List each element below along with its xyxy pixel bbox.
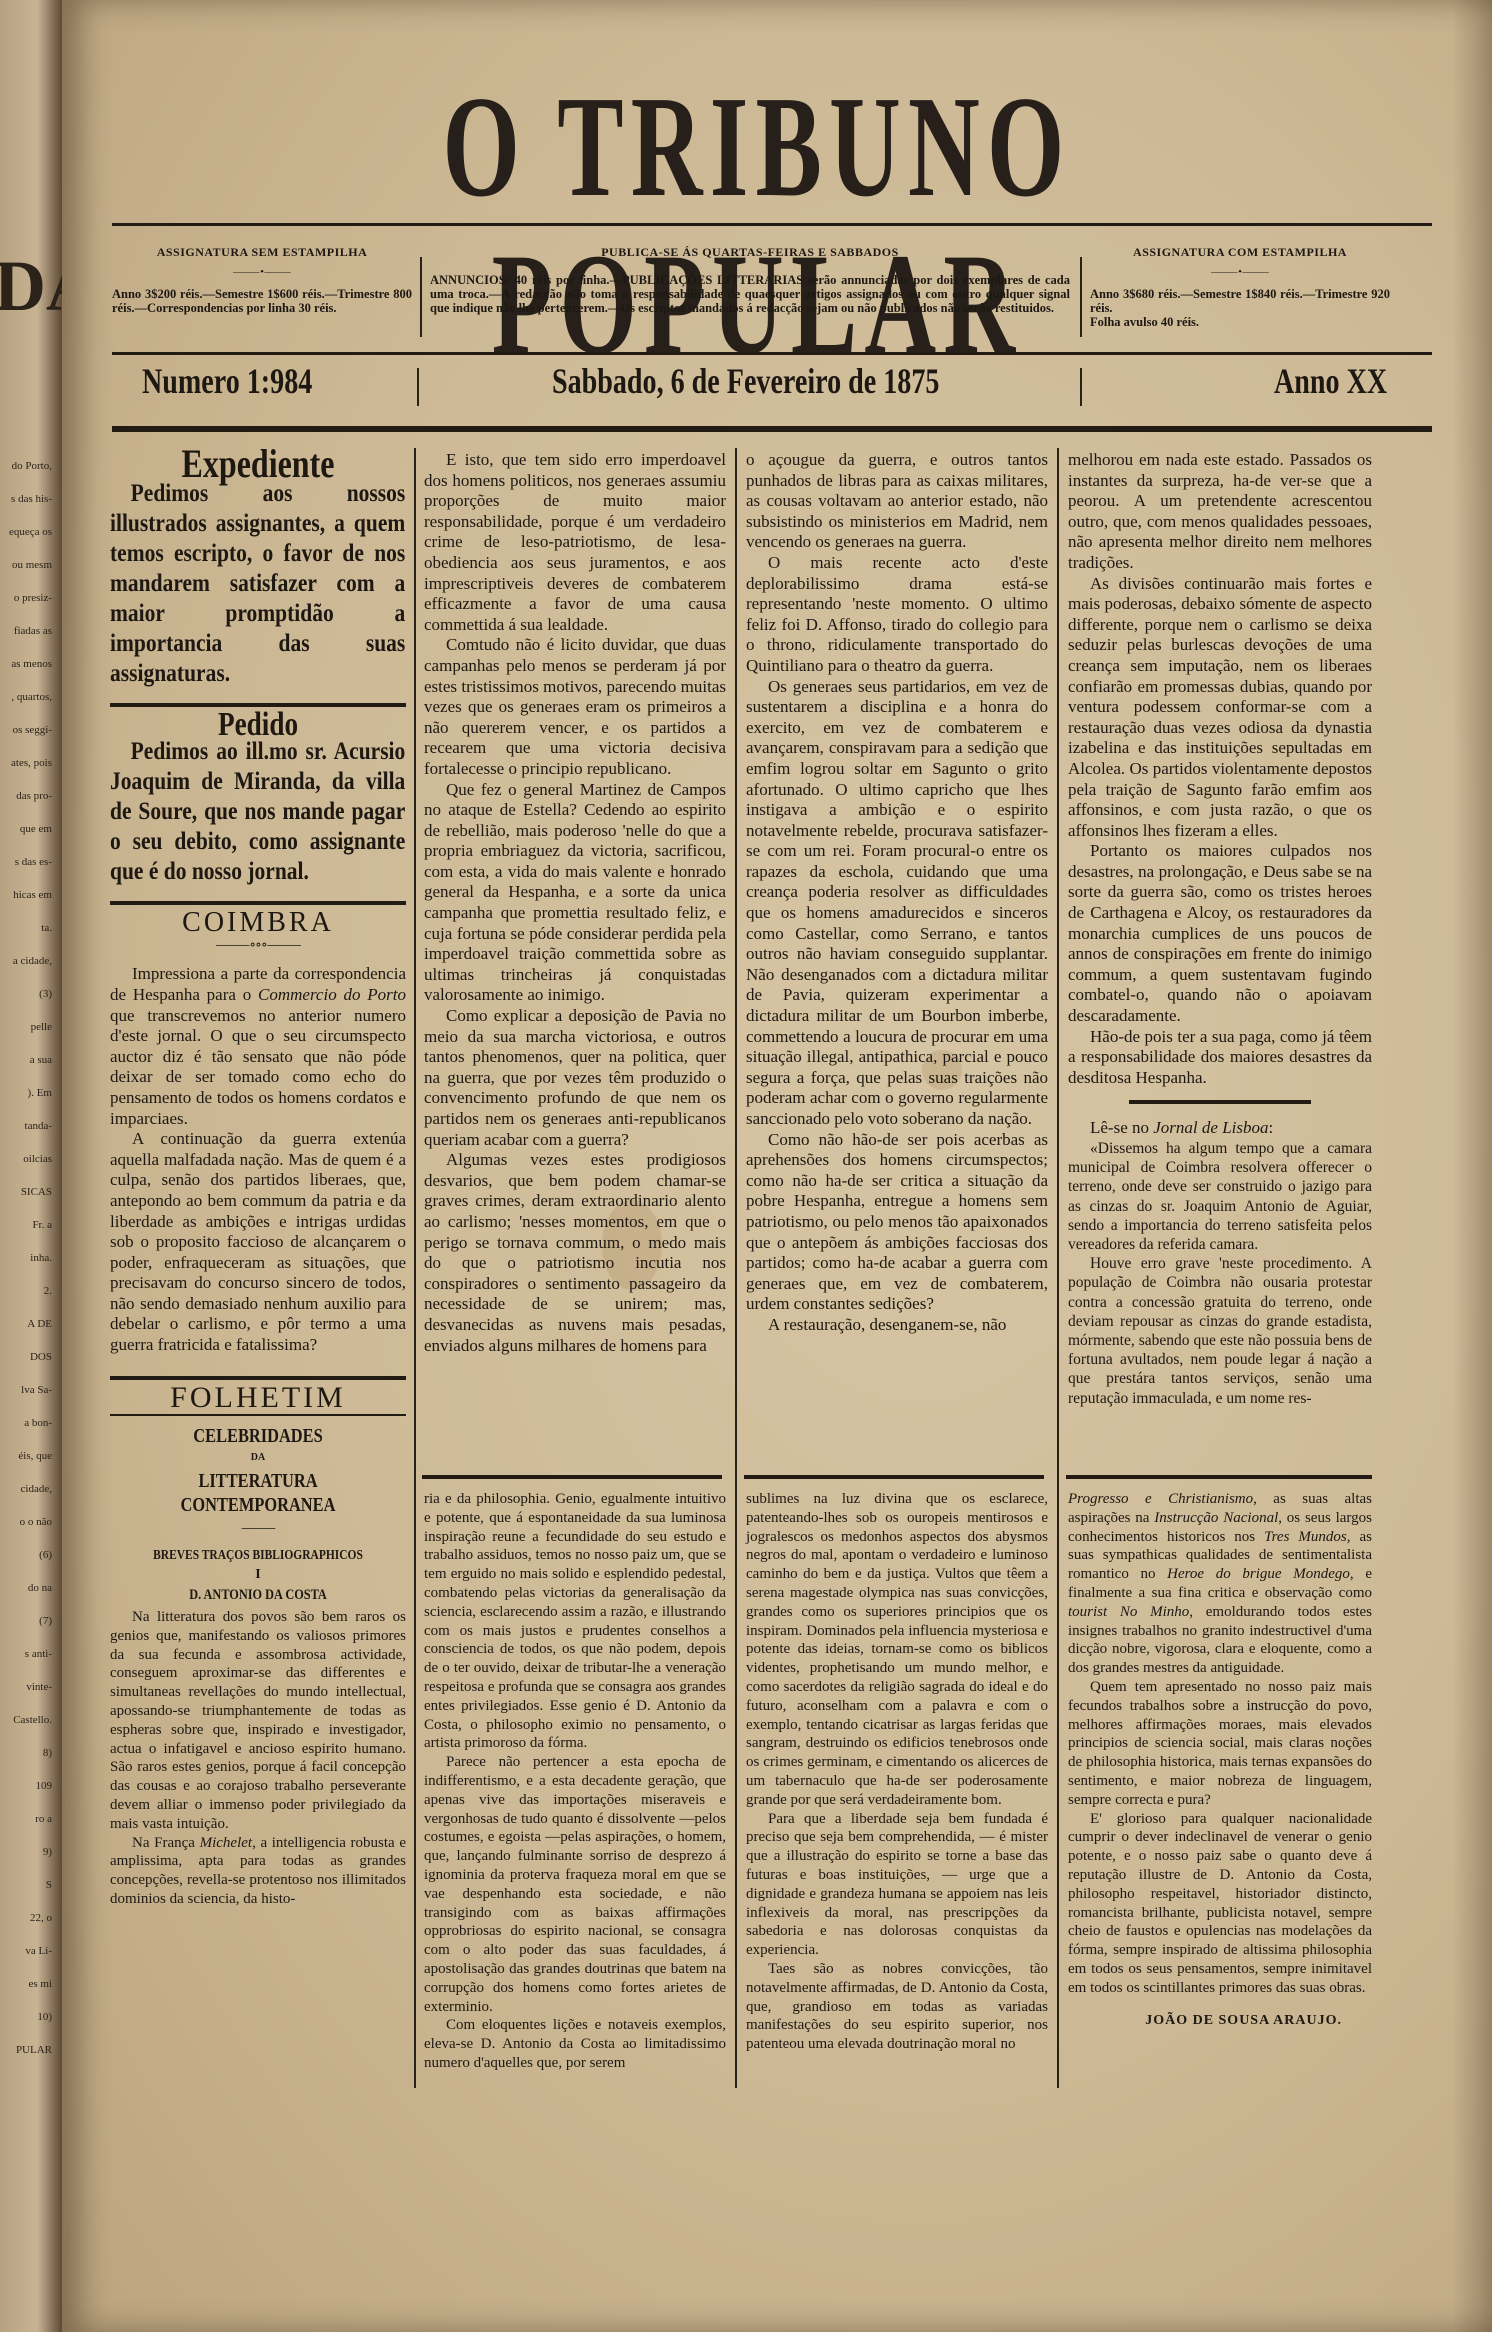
folhetim-rule (422, 1475, 722, 1479)
jornal-de-lisboa-intro: Lê-se no Jornal de Lisboa: (1068, 1118, 1372, 1139)
column-2-paragraph: Como explicar a deposição de Pavia no me… (424, 1006, 726, 1150)
previous-page-fragment: inha. (30, 1252, 52, 1264)
publication-days-heading: PUBLICA-SE ÁS QUARTAS-FEIRAS E SABBADOS (430, 245, 1070, 259)
column-2-folhetim-text: ria e da philosophia. Genio, egualmente … (424, 1490, 726, 2073)
folhetim-part-number: I (110, 1565, 406, 1586)
previous-page-fragment: ates, pois (11, 757, 52, 769)
folhetim-title-celebridades: CELEBRIDADES (137, 1424, 380, 1448)
column-3-paragraph: o açougue da guerra, e outros tantos pun… (746, 450, 1048, 553)
dateline-top-rule (112, 352, 1432, 355)
previous-page-fragment: a bon- (24, 1417, 52, 1429)
author-signature: JOÃO DE SOUSA ARAUJO. (1068, 2012, 1372, 2031)
column-4-paragraph: Hão-de pois ter a sua paga, como já têem… (1068, 1027, 1372, 1089)
pedido-heading: Pedido (140, 715, 377, 736)
previous-page-edge: DA do Porto,s das his-equeça osou mesmo … (0, 0, 62, 2332)
previous-page-fragment: os seggi- (13, 724, 52, 736)
expediente-notice: Pedimos aos nossos illustrados assignant… (110, 479, 405, 689)
newspaper-page: O TRIBUNO POPULAR ASSIGNATURA SEM ESTAMP… (62, 0, 1492, 2332)
dateline: Numero 1:984 Sabbado, 6 de Fevereiro de … (112, 360, 1432, 410)
previous-page-fragment: (6) (39, 1549, 52, 1561)
previous-page-fragment: ). Em (28, 1087, 52, 1099)
previous-page-fragment: s das es- (15, 856, 52, 868)
previous-page-fragment: PULAR (16, 2044, 52, 2056)
previous-page-fragment: s das his- (11, 493, 52, 505)
section-rule (1129, 1100, 1311, 1104)
previous-page-fragment: SICAS (21, 1186, 52, 1198)
column-divider (1080, 368, 1082, 406)
previous-page-fragment: 10) (37, 2011, 52, 2023)
previous-page-fragment: 22, o (30, 1912, 52, 1924)
subscription-with-stamp-heading: ASSIGNATURA COM ESTAMPILHA (1090, 245, 1390, 259)
publication-info: PUBLICA-SE ÁS QUARTAS-FEIRAS E SABBADOS … (430, 245, 1070, 315)
previous-page-fragment: as menos (11, 658, 52, 670)
lisboa-quote-paragraph: «Dissemos ha algum tempo que a camara mu… (1068, 1139, 1372, 1254)
previous-page-fragment: vinte- (26, 1681, 52, 1693)
folhetim-subtitle: BREVES TRAÇOS BIBLIOGRAPHICOS (137, 1547, 380, 1565)
column-4-paragraph: melhorou em nada este estado. Passados o… (1068, 450, 1372, 574)
column-3-folhetim-text: sublimes na luz divina que os esclarece,… (746, 1490, 1048, 2054)
previous-page-fragment: fiadas as (14, 625, 52, 637)
column-divider (420, 257, 422, 337)
previous-page-fragment: , quartos, (11, 691, 52, 703)
ornament-divider: ⸻•⸻ (1090, 265, 1390, 279)
previous-page-fragment: 9) (43, 1846, 52, 1858)
column-1: Expediente Pedimos aos nossos illustrado… (110, 450, 406, 1909)
previous-page-fragment: o presiz- (14, 592, 52, 604)
column-divider (417, 368, 419, 406)
subscription-without-stamp-prices: Anno 3$200 réis.—Semestre 1$600 réis.—Tr… (112, 287, 412, 315)
column-3-paragraph: O mais recente acto d'este deplorabiliss… (746, 553, 1048, 677)
folhetim-rule (1066, 1475, 1372, 1479)
ornament-divider: ⸻ (110, 1519, 406, 1540)
column-2-folhetim-paragraph: Parece não pertencer a esta epocha de in… (424, 1753, 726, 2016)
advertising-terms: ANNUNCIOS: 40 réis por linha.—PUBLICAÇÕE… (430, 273, 1070, 315)
previous-page-fragment: oilcias (23, 1153, 52, 1165)
column-3-folhetim-paragraph: sublimes na luz divina que os esclarece,… (746, 1490, 1048, 1810)
previous-page-fragment: 2. (44, 1285, 52, 1297)
previous-page-fragment: Fr. a (32, 1219, 52, 1231)
column-rule (735, 448, 737, 2088)
previous-page-fragment: 8) (43, 1747, 52, 1759)
folhetim-subject: D. ANTONIO DA COSTA (137, 1586, 380, 1604)
column-rule (1057, 448, 1059, 2088)
previous-page-fragment: tanda- (25, 1120, 52, 1132)
column-rule (414, 448, 416, 2088)
pedido-notice: Pedimos ao ill.mo sr. Acursio Joaquim de… (110, 737, 405, 887)
column-2-folhetim-paragraph: Com eloquentes lições e notaveis exemplo… (424, 2016, 726, 2072)
column-3: o açougue da guerra, e outros tantos pun… (746, 450, 1048, 1336)
coimbra-heading: COIMBRA (110, 913, 406, 934)
coimbra-paragraph-2: A continuação da guerra extenúa aquella … (110, 1129, 406, 1356)
previous-page-fragment: s anti- (25, 1648, 52, 1660)
folhetim-paragraph-glory: E' glorioso para qualquer nacionalidade … (1068, 1810, 1372, 1998)
jornal-de-lisboa-quote: «Dissemos ha algum tempo que a camara mu… (1068, 1139, 1372, 1408)
ornament-divider: ⸻∘∘∘⸻ (110, 936, 406, 957)
column-4: melhorou em nada este estado. Passados o… (1068, 450, 1372, 1408)
column-3-folhetim-paragraph: Para que a liberdade seja bem fundada é … (746, 1810, 1048, 1960)
column-4-folhetim: Progresso e Christianismo, as suas altas… (1068, 1490, 1372, 2030)
folhetim-rule (744, 1475, 1044, 1479)
subscription-without-stamp: ASSIGNATURA SEM ESTAMPILHA ⸻•⸻ Anno 3$20… (112, 245, 412, 315)
subscription-with-stamp: ASSIGNATURA COM ESTAMPILHA ⸻•⸻ Anno 3$68… (1090, 245, 1390, 329)
previous-page-fragment: S (46, 1879, 52, 1891)
subscription-with-stamp-prices: Anno 3$680 réis.—Semestre 1$840 réis.—Tr… (1090, 287, 1390, 315)
column-4-paragraph: Portanto os maiores culpados nos desastr… (1068, 841, 1372, 1026)
previous-page-fragment: a sua (30, 1054, 52, 1066)
previous-page-fragment: va Li- (25, 1945, 52, 1957)
previous-page-fragment: éis, que (18, 1450, 52, 1462)
previous-page-fragment: cidade, (21, 1483, 52, 1495)
previous-page-fragment: do na (28, 1582, 52, 1594)
previous-page-fragment: lva Sa- (21, 1384, 52, 1396)
previous-page-fragment: a cidade, (13, 955, 52, 967)
previous-page-fragment: do Porto, (12, 460, 52, 472)
previous-page-large-letters: DA (0, 245, 62, 328)
folhetim-heading: FOLHETIM (110, 1388, 406, 1409)
previous-page-fragment: (7) (39, 1615, 52, 1627)
column-3-folhetim: sublimes na luz divina que os esclarece,… (746, 1490, 1048, 2054)
subscription-info-row: ASSIGNATURA SEM ESTAMPILHA ⸻•⸻ Anno 3$20… (112, 245, 1432, 345)
previous-page-fragment: equeça os (9, 526, 52, 538)
ornament-divider: ⸻•⸻ (112, 265, 412, 279)
previous-page-fragment: (3) (39, 988, 52, 1000)
previous-page-fragment: ta. (41, 922, 52, 934)
folhetim-title-da: DA (110, 1448, 406, 1469)
previous-page-fragment: A DE (27, 1318, 52, 1330)
issue-date: Sabbado, 6 de Fevereiro de 1875 (552, 360, 939, 402)
previous-page-fragment: das pro- (16, 790, 52, 802)
coimbra-paragraph-1: Impressiona a parte da correspondencia d… (110, 964, 406, 1129)
previous-page-fragment: DOS (30, 1351, 52, 1363)
column-3-paragraph: Como não hão-de ser pois acerbas as apre… (746, 1130, 1048, 1315)
folhetim-title-litteratura: LITTERATURA CONTEMPORANEA (137, 1469, 380, 1517)
column-3-paragraph: Os generaes seus partidarios, em vez de … (746, 677, 1048, 1130)
folhetim-paragraph-works: Progresso e Christianismo, as suas altas… (1068, 1490, 1372, 1678)
subscription-without-stamp-heading: ASSIGNATURA SEM ESTAMPILHA (112, 245, 412, 259)
column-4-paragraph: As divisões continuarão mais fortes e ma… (1068, 574, 1372, 842)
pedido-text: Pedimos ao ill.mo sr. Acursio Joaquim de… (110, 737, 405, 887)
column-3-folhetim-paragraph: Taes são as nobres convicções, tão notav… (746, 1960, 1048, 2054)
previous-page-fragment: Castello. (13, 1714, 52, 1726)
masthead-rule (112, 223, 1432, 226)
previous-page-fragment: ou mesm (12, 559, 52, 571)
section-rule (110, 1376, 406, 1380)
lisboa-quote-paragraph: Houve erro grave 'neste procedimento. A … (1068, 1254, 1372, 1408)
folhetim-paragraph-2: Na França Michelet, a intelligencia robu… (110, 1834, 406, 1909)
column-3-article: o açougue da guerra, e outros tantos pun… (746, 450, 1048, 1336)
column-2-paragraph: Algumas vezes estes prodigiosos desvario… (424, 1150, 726, 1356)
column-2-article: E isto, que tem sido erro imperdoavel do… (424, 450, 726, 1356)
column-2-folhetim: ria e da philosophia. Genio, egualmente … (424, 1490, 726, 2073)
column-2-paragraph: Comtudo não é licito duvidar, que duas c… (424, 635, 726, 779)
previous-page-fragment: hicas em (13, 889, 52, 901)
column-2-folhetim-paragraph: ria e da philosophia. Genio, egualmente … (424, 1490, 726, 1753)
previous-page-fragment: o o não (20, 1516, 52, 1528)
folhetim-paragraph-question: Quem tem apresentado no nosso paiz mais … (1068, 1678, 1372, 1810)
column-2-paragraph: Que fez o general Martinez de Campos no … (424, 780, 726, 1007)
column-3-paragraph: A restauração, desenganem-se, não (746, 1315, 1048, 1336)
expediente-text: Pedimos aos nossos illustrados assignant… (110, 479, 405, 689)
column-2: E isto, que tem sido erro imperdoavel do… (424, 450, 726, 1356)
single-issue-price: Folha avulso 40 réis. (1090, 315, 1390, 329)
column-divider (1080, 257, 1082, 337)
dateline-bottom-rule (112, 426, 1432, 432)
column-2-paragraph: E isto, que tem sido erro imperdoavel do… (424, 450, 726, 635)
column-4-article: melhorou em nada este estado. Passados o… (1068, 450, 1372, 1088)
previous-page-fragment: ro a (35, 1813, 52, 1825)
folhetim-paragraph-1: Na litteratura dos povos são bem raros o… (110, 1608, 406, 1834)
previous-page-fragment: pelle (31, 1021, 52, 1033)
volume-year: Anno XX (1274, 360, 1387, 402)
previous-page-fragment: que em (20, 823, 52, 835)
previous-page-fragment: es mi (28, 1978, 52, 1990)
section-rule (110, 1414, 406, 1416)
expediente-heading: Expediente (140, 454, 377, 475)
previous-page-fragment: 109 (36, 1780, 53, 1792)
section-rule (110, 901, 406, 905)
issue-number: Numero 1:984 (142, 360, 312, 402)
